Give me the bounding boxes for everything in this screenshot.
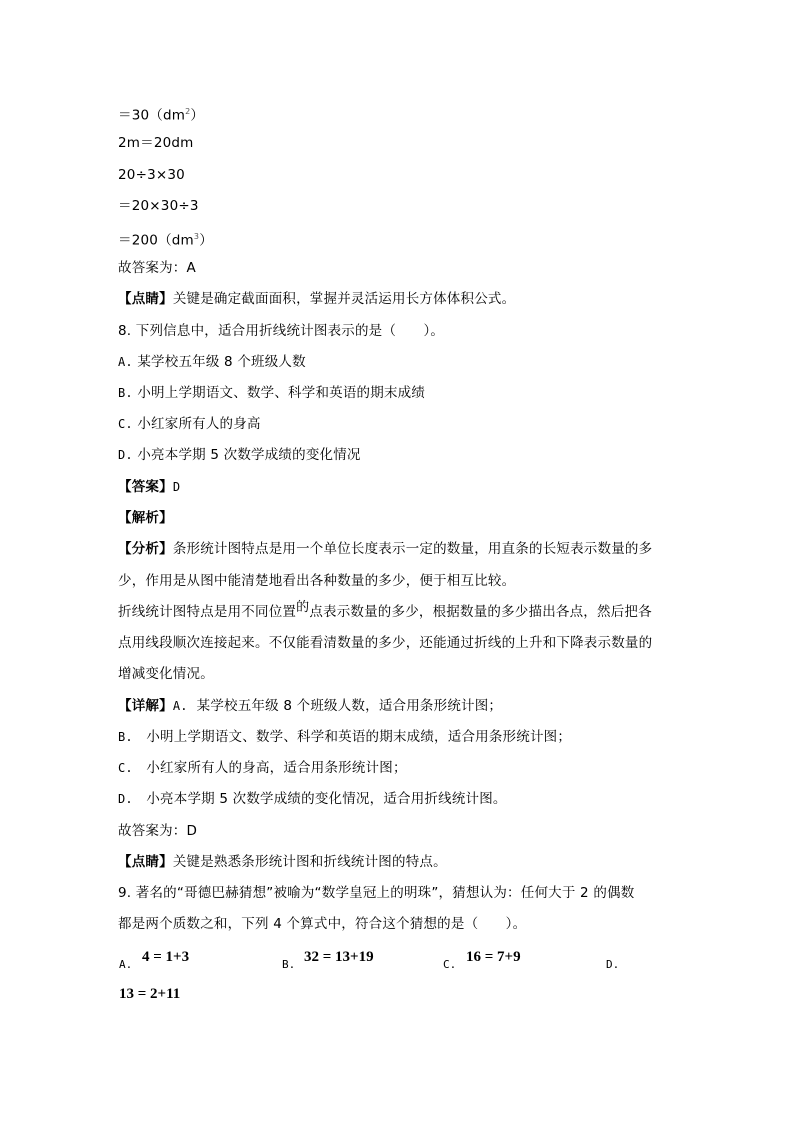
detail-text: 小明上学期语文、数学、科学和英语的期末成绩，适合用条形统计图； xyxy=(146,729,571,745)
detail-text: 小亮本学期 5 次数学成绩的变化情况，适合用折线统计图。 xyxy=(146,791,506,807)
q9-option-a-expr: 4 = 1+3 xyxy=(142,949,189,966)
calc-tip: 【点睛】关键是确定截面面积，掌握并灵活运用长方体体积公式。 xyxy=(118,290,515,308)
q8-final-answer: 故答案为：D xyxy=(118,822,197,840)
calc-answer: 故答案为：A xyxy=(118,259,196,277)
option-text: 小红家所有人的身高 xyxy=(137,416,260,432)
tip-label: 【点睛】 xyxy=(118,854,173,870)
q8-option-c: C. 小红家所有人的身高 xyxy=(118,415,261,433)
option-label: A. xyxy=(118,355,133,369)
option-text: 小亮本学期 5 次数学成绩的变化情况 xyxy=(137,447,360,463)
detail-option-label: D. xyxy=(118,792,133,806)
q8-option-a: A. 某学校五年级 8 个班级人数 xyxy=(118,353,306,371)
calc-line-2: 2m＝20dm xyxy=(118,134,194,152)
option-label: C. xyxy=(118,417,133,431)
q8-answer: 【答案】D xyxy=(118,478,180,496)
detail-text: 小红家所有人的身高，适合用条形统计图； xyxy=(146,760,406,776)
tip-text: 关键是确定截面面积，掌握并灵活运用长方体体积公式。 xyxy=(173,291,516,307)
tip-label: 【点睛】 xyxy=(118,291,173,307)
detail-option-label: A. xyxy=(173,699,188,713)
calc-line-4: ＝20×30÷3 xyxy=(118,197,199,215)
q9-option-b-expr: 32 = 13+19 xyxy=(304,949,374,966)
document-page: ＝30（dm2） 2m＝20dm 20÷3×30 ＝20×30÷3 ＝200（d… xyxy=(0,0,794,1123)
q8-zhexian-line-2: 点用线段顺次连接起来。不仅能看清数量的多少，还能通过折线的上升和下降表示数量的 xyxy=(118,634,652,652)
q8-tip: 【点睛】关键是熟悉条形统计图和折线统计图的特点。 xyxy=(118,853,447,871)
q9-option-b-label: B. xyxy=(282,958,295,971)
detail-label: 【详解】 xyxy=(118,698,173,714)
q8-stem: 8. 下列信息中，适合用折线统计图表示的是（ ）。 xyxy=(118,322,444,340)
q9-option-d-label: D. xyxy=(606,958,619,971)
q8-fenxi-line-1: 【分析】条形统计图特点是用一个单位长度表示一定的数量，用直条的长短表示数量的多 xyxy=(118,540,652,558)
answer-value: D xyxy=(173,480,180,494)
q8-zhexian-line-3: 增减变化情况。 xyxy=(118,665,214,683)
zhexian-text-a: 折线统计图特点是用不同位置 xyxy=(118,604,296,620)
q9-stem-line-2: 都是两个质数之和，下列 4 个算式中，符合这个猜想的是（ ）。 xyxy=(118,915,526,933)
option-label: D. xyxy=(118,448,133,462)
option-text: 某学校五年级 8 个班级人数 xyxy=(137,354,305,370)
q8-detail-a: 【详解】A. 某学校五年级 8 个班级人数，适合用条形统计图； xyxy=(118,697,502,715)
zhexian-text-b: 点表示数量的多少，根据数量的多少描出各点，然后把各 xyxy=(309,604,652,620)
calc-line-3: 20÷3×30 xyxy=(118,166,185,184)
q8-option-d: D. 小亮本学期 5 次数学成绩的变化情况 xyxy=(118,446,361,464)
q9-option-d-expr: 13 = 2+11 xyxy=(119,986,180,1003)
q9-option-c-label: C. xyxy=(443,958,456,971)
q9-option-a-label: A. xyxy=(119,958,132,971)
calc-line-5-suffix: ） xyxy=(199,233,213,249)
fenxi-label: 【分析】 xyxy=(118,541,173,557)
answer-label: 【答案】 xyxy=(118,479,173,495)
calc-line-5-text: ＝200（dm xyxy=(118,233,194,249)
option-label: B. xyxy=(118,386,133,400)
detail-option-label: C. xyxy=(118,761,133,775)
option-text: 小明上学期语文、数学、科学和英语的期末成绩 xyxy=(137,385,425,401)
q8-detail-c: C. 小红家所有人的身高，适合用条形统计图； xyxy=(118,759,407,777)
fenxi-text: 条形统计图特点是用一个单位长度表示一定的数量，用直条的长短表示数量的多 xyxy=(173,541,653,557)
q8-zhexian-line-1: 折线统计图特点是用不同位置的点表示数量的多少，根据数量的多少描出各点，然后把各 xyxy=(118,603,652,622)
q8-detail-b: B. 小明上学期语文、数学、科学和英语的期末成绩，适合用条形统计图； xyxy=(118,728,571,746)
zhexian-raised-char: 的 xyxy=(296,600,309,615)
q8-analysis-header: 【解析】 xyxy=(118,509,173,527)
q9-option-c-expr: 16 = 7+9 xyxy=(466,949,521,966)
calc-line-1: ＝30（dm2） xyxy=(118,103,204,125)
calc-line-1-suffix: ） xyxy=(190,108,204,124)
q8-fenxi-line-2: 少，作用是从图中能清楚地看出各种数量的多少，便于相互比较。 xyxy=(118,572,515,590)
calc-line-5: ＝200（dm3） xyxy=(118,228,213,250)
detail-text: 某学校五年级 8 个班级人数，适合用条形统计图； xyxy=(197,698,502,714)
tip-text: 关键是熟悉条形统计图和折线统计图的特点。 xyxy=(173,854,447,870)
q9-stem-line-1: 9. 著名的“哥德巴赫猜想”被喻为“数学皇冠上的明珠”，猜想认为：任何大于 2 … xyxy=(118,884,634,902)
detail-option-label: B. xyxy=(118,730,133,744)
calc-line-1-text: ＝30（dm xyxy=(118,108,185,124)
q8-option-b: B. 小明上学期语文、数学、科学和英语的期末成绩 xyxy=(118,384,425,402)
q8-detail-d: D. 小亮本学期 5 次数学成绩的变化情况，适合用折线统计图。 xyxy=(118,790,507,808)
